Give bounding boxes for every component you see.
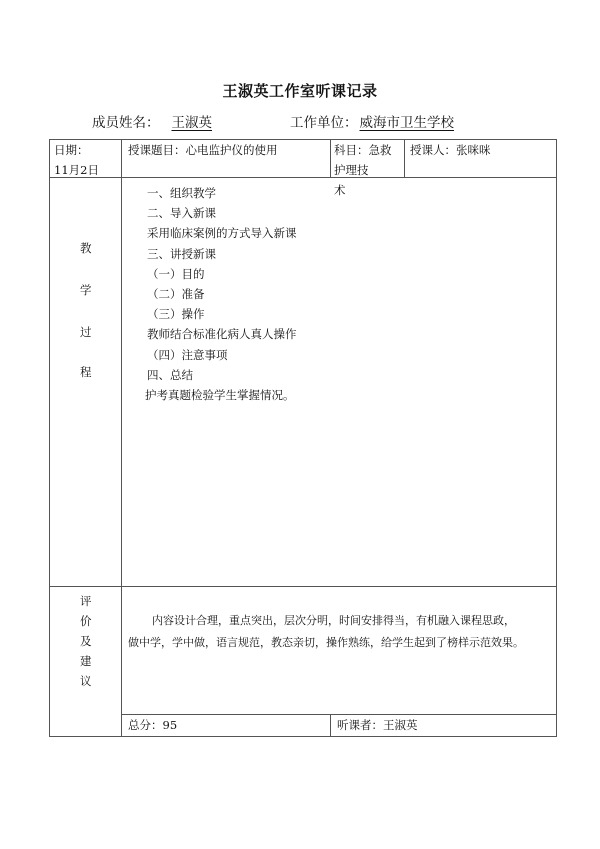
unit-field: 工作单位：威海市卫生学校 bbox=[290, 111, 494, 131]
eval-label-char: 议 bbox=[80, 673, 92, 689]
unit-name: 威海市卫生学校 bbox=[358, 115, 495, 131]
eval-label-char: 及 bbox=[80, 633, 92, 649]
date-label: 日期： bbox=[54, 140, 117, 160]
process-line: 教师结合标准化病人真人操作 bbox=[147, 324, 556, 344]
process-line: 三、讲授新课 bbox=[147, 244, 556, 264]
member-label: 成员姓名： bbox=[92, 115, 160, 131]
member-field: 成员姓名：王淑英 bbox=[92, 111, 224, 131]
subject-cell: 科目：急救护理技 术 bbox=[330, 139, 405, 178]
eval-label-char: 评 bbox=[80, 593, 92, 609]
eval-label-char: 建 bbox=[80, 653, 92, 669]
teacher: 授课人：张咪咪 bbox=[410, 140, 551, 160]
page-title: 王淑英工作室听课记录 bbox=[0, 80, 600, 101]
process-label-char: 过 bbox=[80, 324, 92, 340]
listener: 听课者：王淑英 bbox=[337, 718, 418, 732]
process-line: 一、组织教学 bbox=[147, 183, 556, 203]
subject-line1: 科目：急救护理技 bbox=[334, 140, 401, 180]
process-content-cell: 一、组织教学 二、导入新课 采用临床案例的方式导入新课 三、讲授新课 （一）目的… bbox=[121, 177, 557, 587]
process-label-cell bbox=[49, 177, 122, 587]
process-label-char: 程 bbox=[80, 364, 92, 380]
eval-content-cell: 内容设计合理，重点突出，层次分明，时间安排得当，有机融入课程思政， 做中学，学中… bbox=[121, 586, 557, 715]
process-line: 四、总结 bbox=[147, 365, 556, 385]
listener-cell: 听课者：王淑英 bbox=[330, 714, 557, 737]
eval-text-line2: 做中学，学中做，语言规范，教态亲切，操作熟练，给学生起到了榜样示范效果。 bbox=[128, 632, 556, 654]
member-name: 王淑英 bbox=[160, 115, 225, 131]
unit-label: 工作单位： bbox=[290, 115, 358, 131]
process-line: （三）操作 bbox=[147, 304, 556, 324]
topic: 授课题目：心电监护仪的使用 bbox=[128, 140, 324, 160]
process-line: 护考真题检验学生掌握情况。 bbox=[145, 385, 556, 405]
eval-label-char: 价 bbox=[80, 613, 92, 629]
process-line: （四）注意事项 bbox=[147, 345, 556, 365]
process-label-char: 教 bbox=[80, 240, 92, 256]
process-line: （一）目的 bbox=[147, 264, 556, 284]
date-cell: 日期： 11月2日 bbox=[49, 139, 122, 178]
teacher-cell: 授课人：张咪咪 bbox=[404, 139, 557, 178]
process-label-char: 学 bbox=[80, 282, 92, 298]
score-cell: 总分：95 bbox=[121, 714, 331, 737]
topic-cell: 授课题目：心电监护仪的使用 bbox=[121, 139, 331, 178]
eval-text-line1: 内容设计合理，重点突出，层次分明，时间安排得当，有机融入课程思政， bbox=[128, 610, 556, 632]
process-line: 二、导入新课 bbox=[147, 203, 556, 223]
process-line: 采用临床案例的方式导入新课 bbox=[147, 223, 556, 243]
process-line: （二）准备 bbox=[147, 284, 556, 304]
total-score: 总分：95 bbox=[128, 718, 177, 732]
